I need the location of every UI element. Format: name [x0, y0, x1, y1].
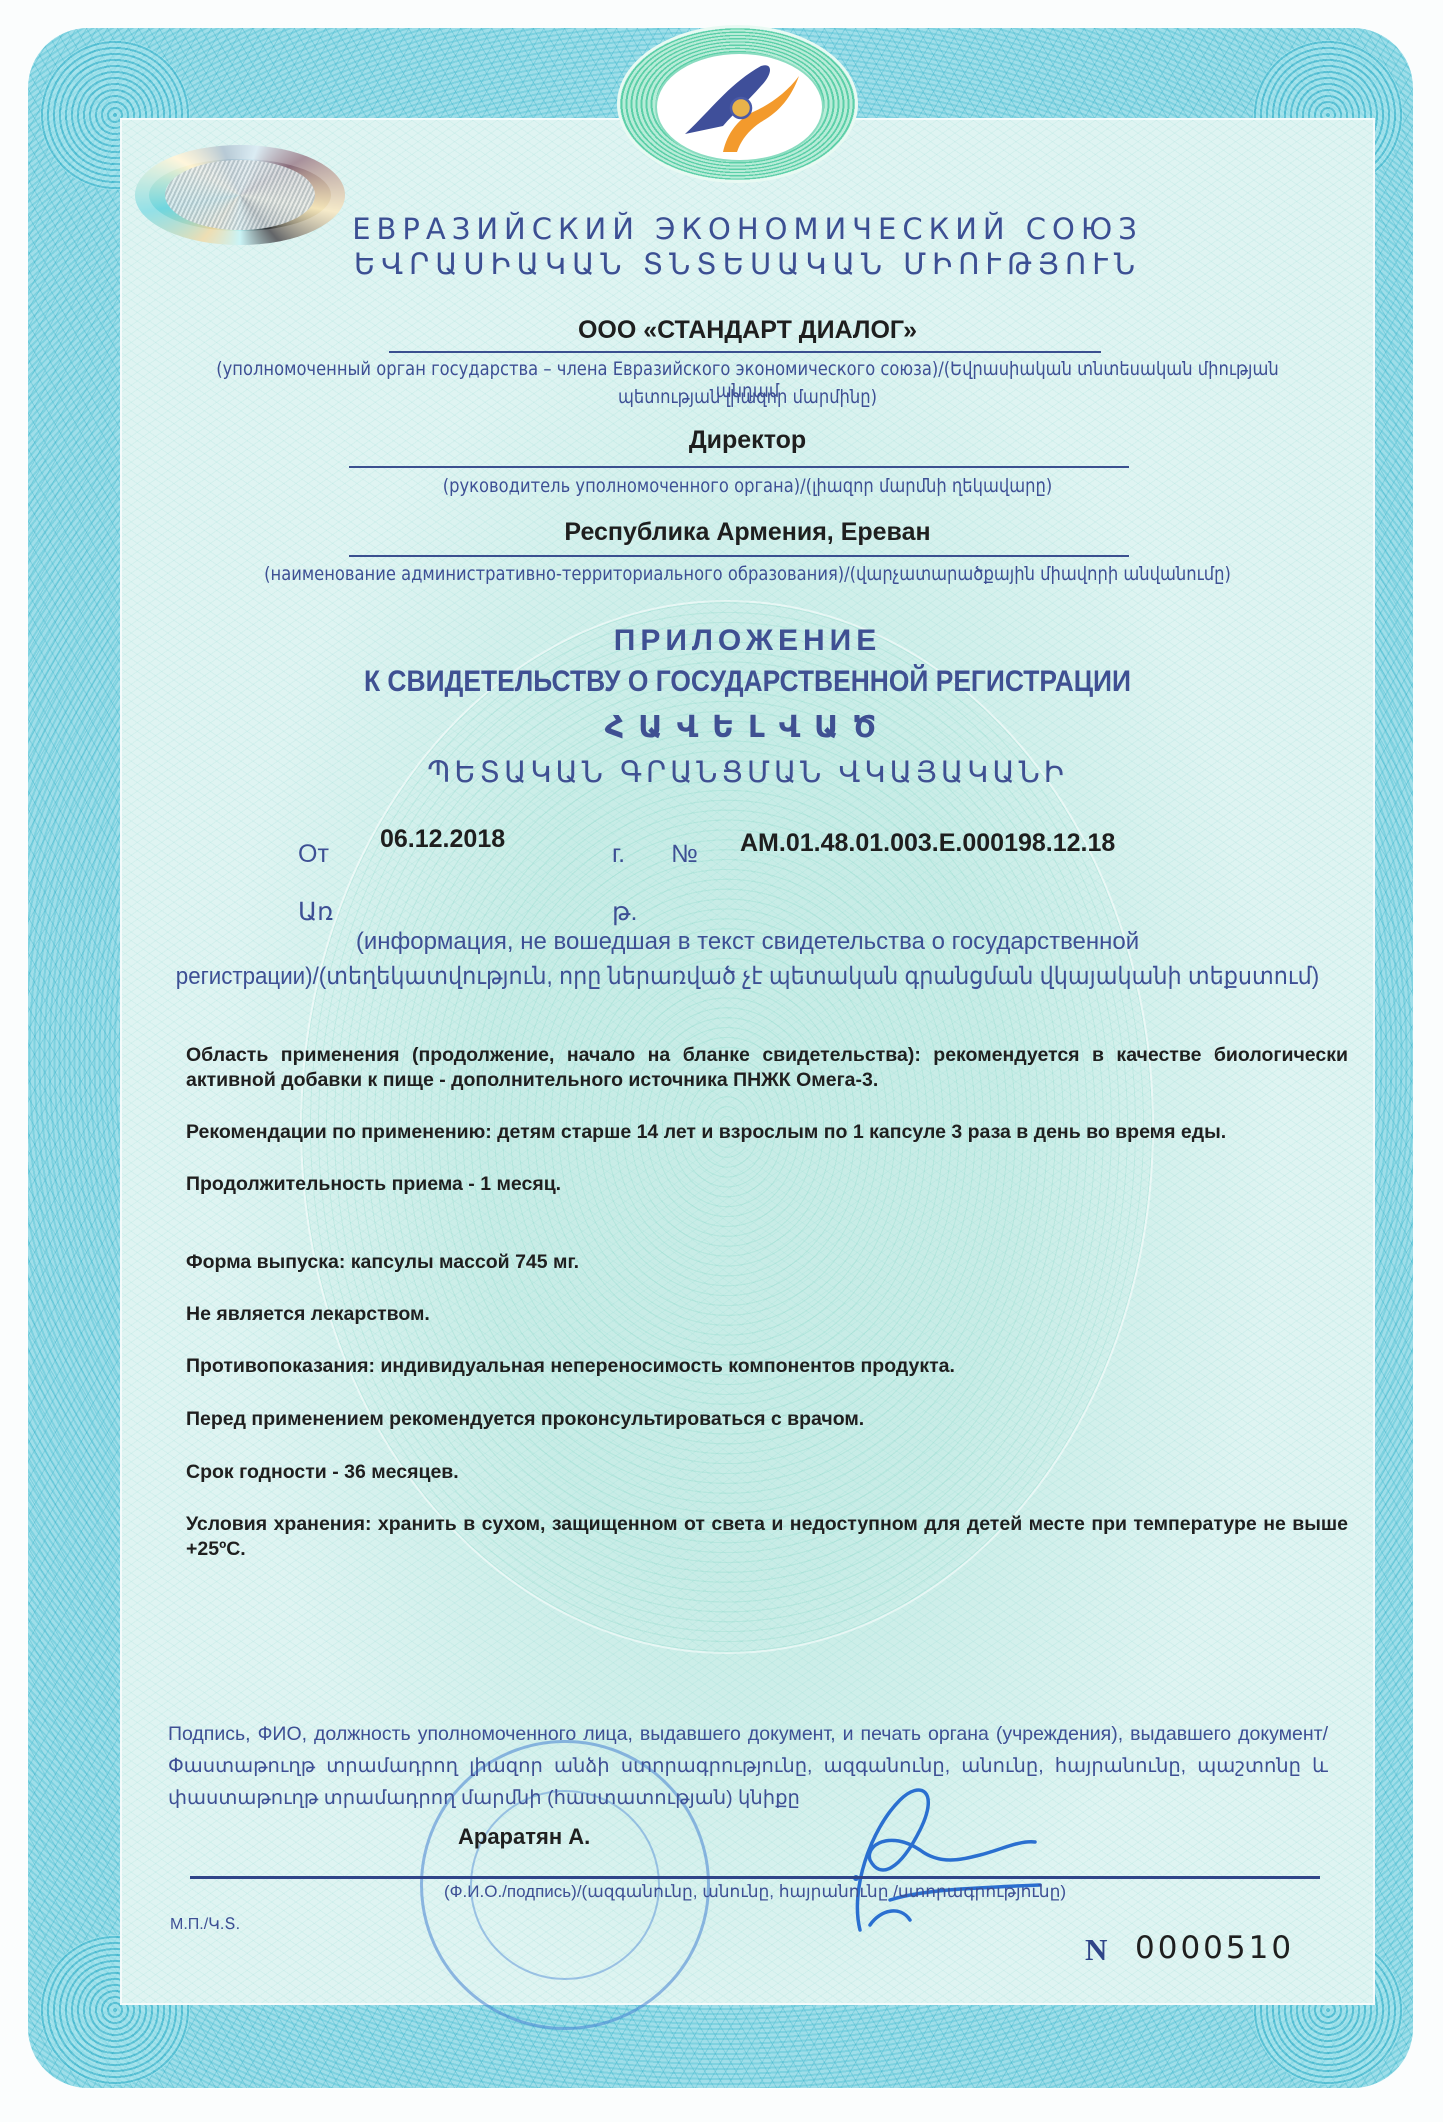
usage-recommendations: Рекомендации по применению: детям старше…: [186, 1120, 1348, 1145]
signature-line-caption: (Ф.И.О./подпись)/(ազգանունը, անունը, հայ…: [190, 1882, 1320, 1902]
organization-caption-line2: պետության լիազոր մարմինը): [208, 386, 1287, 408]
appendix-subtitle-hy: ՊԵՏԱԿԱՆ ԳՐԱՆՑՄԱՆ ՎԿԱՅԱԿԱՆԻ: [120, 755, 1375, 789]
scope-of-application: Область применения (продолжение, начало …: [186, 1043, 1348, 1093]
head-caption: (руководитель уполномоченного органа)/(լ…: [208, 475, 1287, 497]
location: Республика Армения, Ереван: [120, 518, 1375, 547]
from-label-ru: От: [298, 840, 329, 869]
issuing-organization: ООО «СТАНДАРТ ДИАЛОГ»: [120, 316, 1375, 345]
consult-doctor: Перед применением рекомендуется проконсу…: [186, 1407, 1348, 1432]
contraindications: Противопоказания: индивидуальная неперен…: [186, 1354, 1348, 1379]
duration-of-use: Продолжительность приема - 1 месяц.: [186, 1172, 1348, 1197]
shelf-life: Срок годности - 36 месяцев.: [186, 1460, 1348, 1485]
appendix-title-hy: ՀԱՎԵԼՎԱԾ: [120, 710, 1375, 745]
eaeu-logo: [655, 52, 824, 162]
release-form: Форма выпуска: капсулы массой 745 мг.: [186, 1250, 1348, 1275]
info-caption-line2: регистрации)/(տեղեկատվություն, որը ներառ…: [164, 962, 1331, 991]
number-label: №: [671, 840, 698, 869]
year-label-ru: г.: [612, 840, 625, 869]
head-position: Директор: [120, 426, 1375, 455]
union-title-ru: ЕВРАЗИЙСКИЙ ЭКОНОМИЧЕСКИЙ СОЮЗ: [120, 212, 1375, 246]
eaeu-emblem-icon: [657, 54, 822, 160]
serial-prefix: N: [1085, 1932, 1107, 1968]
location-underline: [349, 555, 1129, 557]
signature-line: [190, 1876, 1320, 1879]
appendix-subtitle-ru: К СВИДЕТЕЛЬСТВУ О ГОСУДАРСТВЕННОЙ РЕГИСТ…: [195, 665, 1299, 699]
union-title-hy: ԵՎՐԱՍԻԱԿԱՆ ՏՆՏԵՍԱԿԱՆ ՄԻՈՒԹՅՈՒՆ: [120, 247, 1375, 281]
organization-underline: [389, 351, 1101, 353]
handwritten-signature: [790, 1770, 1050, 1940]
seal-place-label: М.П./Կ.Տ.: [170, 1914, 240, 1934]
info-caption-line1: (информация, не вошедшая в текст свидете…: [120, 928, 1375, 956]
storage-conditions: Условия хранения: хранить в сухом, защищ…: [186, 1512, 1348, 1562]
year-label-hy: թ.: [612, 897, 637, 927]
signature-instruction: Подпись, ФИО, должность уполномоченного …: [168, 1718, 1328, 1814]
location-caption: (наименование административно-территориа…: [208, 563, 1287, 585]
head-underline: [349, 466, 1129, 468]
registration-number: AM.01.48.01.003.E.000198.12.18: [740, 829, 1115, 858]
registration-date: 06.12.2018: [380, 825, 505, 854]
appendix-title: ПРИЛОЖЕНИЕ: [120, 624, 1375, 658]
not-a-medicine: Не является лекарством.: [186, 1302, 1348, 1327]
from-label-hy: Առ: [298, 897, 333, 927]
signer-name: Араратян А.: [458, 1824, 590, 1850]
serial-number: 0000510: [1135, 1930, 1294, 1966]
